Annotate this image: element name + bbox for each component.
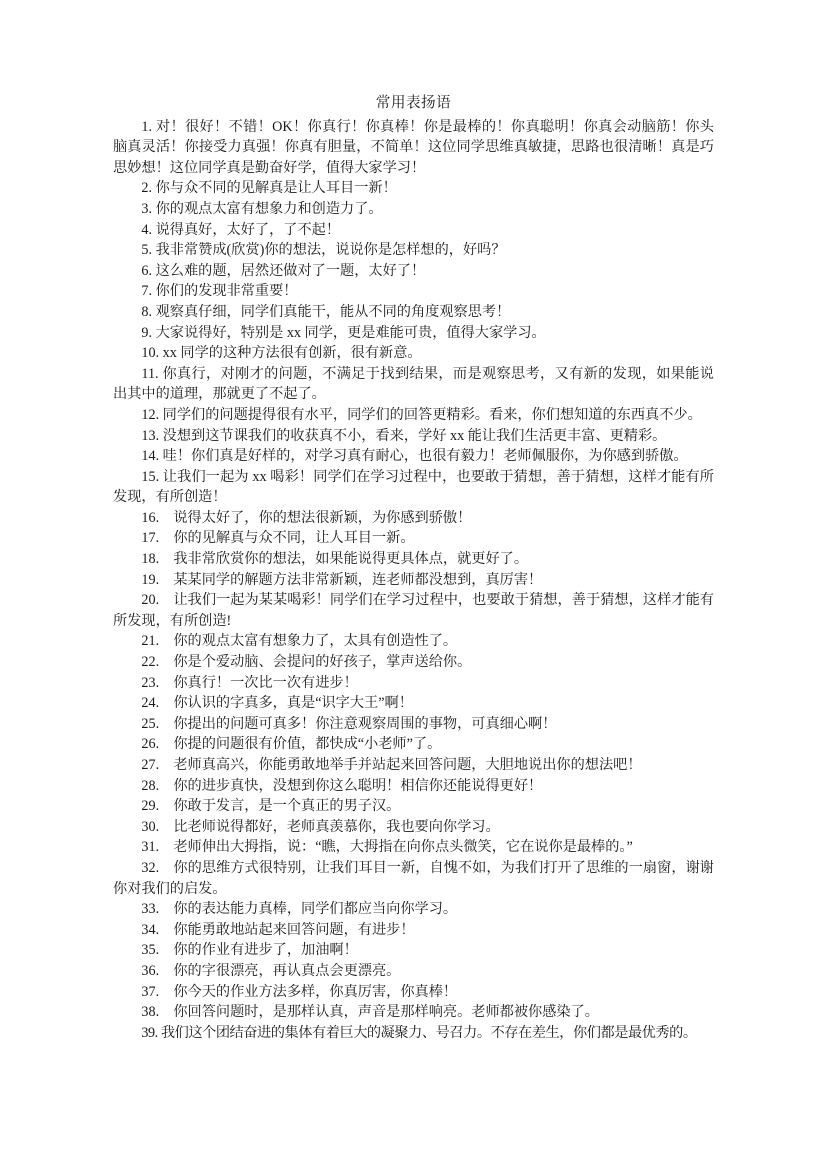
document-page: 常用表扬语 1. 对！很好！不错！OK！你真行！你真棒！你是最棒的！你真聪明！你… [0,0,827,1169]
praise-item: 23. 你真行！一次比一次有进步！ [113,673,714,694]
praise-item: 24. 你认识的字真多，真是“识字大王”啊！ [113,693,714,714]
praise-item: 2. 你与众不同的见解真是让人耳目一新！ [113,178,714,199]
praise-item: 18. 我非常欣赏你的想法，如果能说得更具体点，就更好了。 [113,549,714,570]
praise-item: 13. 没想到这节课我们的收获真不小，看来，学好 xx 能让我们生活更丰富、更精… [113,426,714,447]
praise-item: 30. 比老师说得都好，老师真羡慕你，我也要向你学习。 [113,817,714,838]
document-title: 常用表扬语 [113,93,714,114]
praise-item: 15. 让我们一起为 xx 喝彩！同学们在学习过程中，也要敢于猜想，善于猜想，这… [113,467,714,508]
praise-item: 36. 你的字很漂亮，再认真点会更漂亮。 [113,961,714,982]
praise-item: 6. 这么难的题，居然还做对了一题，太好了！ [113,261,714,282]
praise-item: 3. 你的观点太富有想象力和创造力了。 [113,199,714,220]
praise-item: 20. 让我们一起为某某喝彩！同学们在学习过程中，也要敢于猜想，善于猜想，这样才… [113,590,714,631]
praise-item: 37. 你今天的作业方法多样，你真厉害，你真棒！ [113,982,714,1003]
praise-item: 22. 你是个爱动脑、会提问的好孩子，掌声送给你。 [113,652,714,673]
praise-item: 16. 说得太好了，你的想法很新颖，为你感到骄傲！ [113,508,714,529]
praise-item: 32. 你的思维方式很特别，让我们耳目一新，自愧不如，为我们打开了思维的一扇窗，… [113,858,714,899]
praise-item: 10. xx 同学的这种方法很有创新，很有新意。 [113,343,714,364]
praise-item: 25. 你提出的问题可真多！你注意观察周围的事物，可真细心啊！ [113,714,714,735]
praise-item: 14. 哇！你们真是好样的，对学习真有耐心，也很有毅力！老师佩服你，为你感到骄傲… [113,446,714,467]
praise-item: 1. 对！很好！不错！OK！你真行！你真棒！你是最棒的！你真聪明！你真会动脑筋！… [113,117,714,179]
praise-item: 19. 某某同学的解题方法非常新颖，连老师都没想到，真厉害！ [113,570,714,591]
praise-item: 4. 说得真好，太好了，了不起！ [113,220,714,241]
praise-item: 21. 你的观点太富有想象力了，太具有创造性了。 [113,631,714,652]
praise-item: 31. 老师伸出大拇指，说：“瞧，大拇指在向你点头微笑，它在说你是最棒的。” [113,837,714,858]
praise-item: 11. 你真行，对刚才的问题，不满足于找到结果，而是观察思考，又有新的发现，如果… [113,364,714,405]
praise-item: 29. 你敢于发言，是一个真正的男子汉。 [113,796,714,817]
praise-item: 33. 你的表达能力真棒，同学们都应当向你学习。 [113,899,714,920]
praise-item: 12. 同学们的问题提得很有水平，同学们的回答更精彩。看来，你们想知道的东西真不… [113,405,714,426]
praise-item: 5. 我非常赞成(欣赏)你的想法，说说你是怎样想的，好吗？ [113,240,714,261]
praise-item: 39. 我们这个团结奋进的集体有着巨大的凝聚力、号召力。不存在差生，你们都是最优… [113,1023,714,1044]
praise-item: 8. 观察真仔细，同学们真能干，能从不同的角度观察思考！ [113,302,714,323]
praise-item: 34. 你能勇敢地站起来回答问题，有进步！ [113,920,714,941]
praise-item: 35. 你的作业有进步了，加油啊！ [113,940,714,961]
praise-item: 17. 你的见解真与众不同，让人耳目一新。 [113,528,714,549]
document-content: 常用表扬语 1. 对！很好！不错！OK！你真行！你真棒！你是最棒的！你真聪明！你… [113,93,714,1043]
praise-item: 26. 你提的问题很有价值，都快成“小老师”了。 [113,734,714,755]
praise-item: 7. 你们的发现非常重要！ [113,281,714,302]
praise-list: 1. 对！很好！不错！OK！你真行！你真棒！你是最棒的！你真聪明！你真会动脑筋！… [113,117,714,1044]
praise-item: 27. 老师真高兴，你能勇敢地举手并站起来回答问题，大胆地说出你的想法吧！ [113,755,714,776]
praise-item: 38. 你回答问题时，是那样认真，声音是那样响亮。老师都被你感染了。 [113,1002,714,1023]
praise-item: 9. 大家说得好，特别是 xx 同学，更是难能可贵，值得大家学习。 [113,323,714,344]
praise-item: 28. 你的进步真快，没想到你这么聪明！相信你还能说得更好！ [113,776,714,797]
